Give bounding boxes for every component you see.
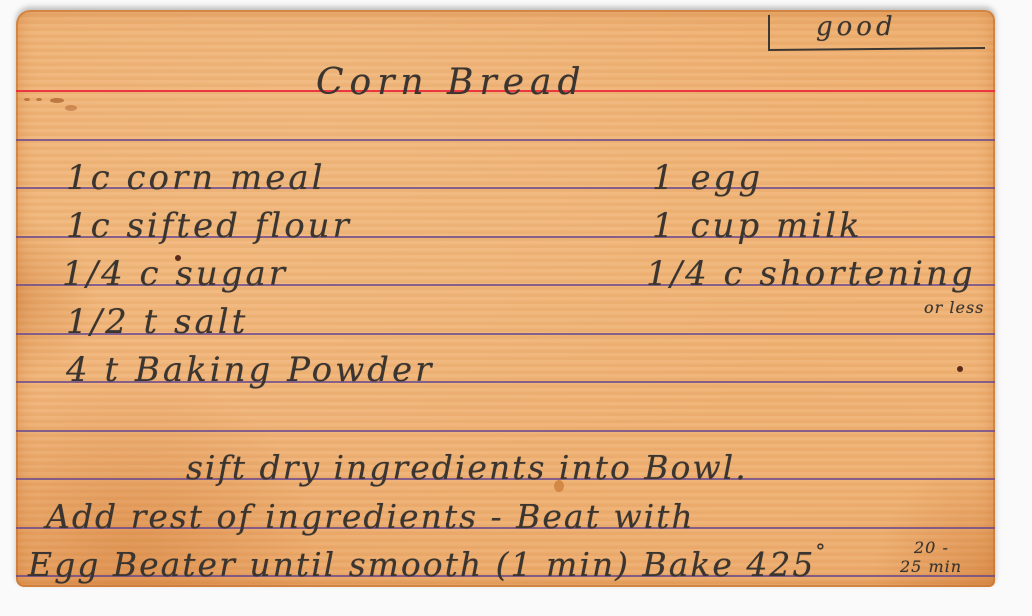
ruled-line (16, 139, 995, 141)
ink-stain (50, 98, 64, 103)
ingredient-left-4: 1/2 t salt (66, 302, 248, 342)
rating-label: good (816, 12, 897, 42)
ruled-line (16, 430, 995, 432)
ingredient-left-2: 1c sifted flour (66, 206, 352, 246)
bake-time-bottom: 25 min (900, 557, 962, 576)
degree-symbol: ° (815, 539, 827, 563)
ink-stain (65, 105, 77, 111)
instruction-line-3-text: Egg Beater until smooth (1 min) Bake 425 (28, 545, 815, 584)
ink-stain (24, 98, 30, 101)
recipe-title: Corn Bread (316, 62, 587, 103)
scanned-image: good Corn Bread 1c corn meal 1c sifted f… (0, 0, 1032, 616)
shortening-note: or less (924, 298, 984, 317)
recipe-card: good Corn Bread 1c corn meal 1c sifted f… (16, 10, 995, 587)
instruction-line-1: sift dry ingredients into Bowl. (186, 448, 748, 487)
bake-time-top: 20 - (914, 538, 949, 557)
ingredient-left-5: 4 t Baking Powder (66, 350, 434, 390)
ingredient-left-3: 1/4 c sugar (62, 254, 288, 294)
ingredient-right-2: 1 cup milk (652, 206, 863, 246)
ingredient-right-3: 1/4 c shortening (646, 254, 976, 294)
instruction-line-3: Egg Beater until smooth (1 min) Bake 425… (28, 545, 827, 584)
ink-stain (36, 98, 42, 101)
instruction-line-2: Add rest of ingredients - Beat with (46, 497, 695, 536)
ingredient-left-1: 1c corn meal (66, 158, 325, 198)
ink-dot (957, 366, 963, 372)
ingredient-right-1: 1 egg (652, 158, 763, 198)
